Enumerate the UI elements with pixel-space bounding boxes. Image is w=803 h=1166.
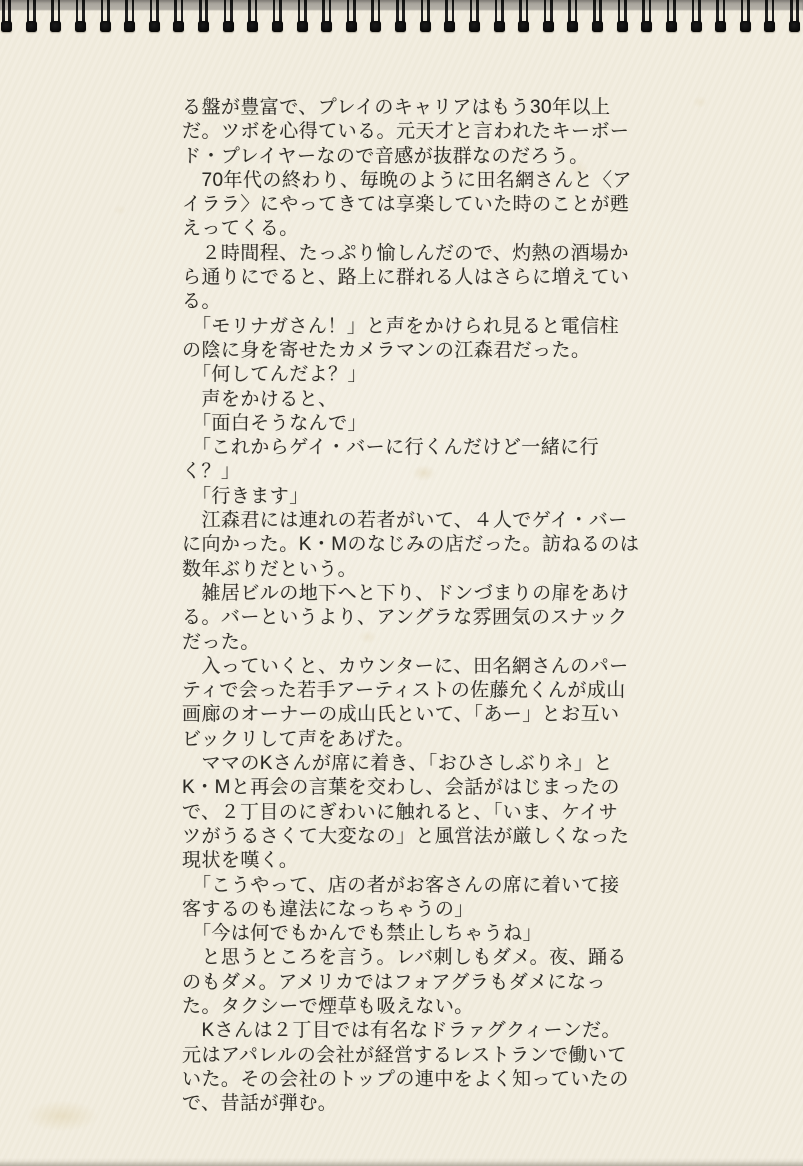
text-line: ビックリして声をあげた。 — [182, 728, 622, 752]
text-line: ティで会った若手アーティストの佐藤允くんが成山 — [182, 679, 622, 703]
binding-ring — [740, 0, 751, 32]
text-line: に向かった。K・Mのなじみの店だった。訪ねるのは — [182, 533, 622, 557]
binding-ring — [617, 0, 628, 32]
text-line: ら通りにでると、路上に群れる人はさらに増えてい — [182, 266, 622, 290]
binding-ring — [691, 0, 702, 32]
binding-ring — [395, 0, 406, 32]
text-line: 「何してんだよ？」 — [182, 363, 622, 387]
text-line: ママのKさんが席に着き、「おひさしぶりネ」と — [182, 752, 622, 776]
binding-rings — [1, 0, 800, 34]
text-line: で、昔話が弾む。 — [182, 1092, 622, 1116]
binding-hole — [1, 21, 12, 32]
text-line: 「こうやって、店の者がお客さんの席に着いて接 — [182, 874, 622, 898]
text-line: のもダメ。アメリカではフォアグラもダメになっ — [182, 971, 622, 995]
text-line: 入っていくと、カウンターに、田名網さんのパー — [182, 655, 622, 679]
text-line: だ。ツボを心得ている。元天才と言われたキーボー — [182, 120, 622, 144]
text-line: 「これからゲイ・バーに行くんだけど一緒に行 — [182, 436, 622, 460]
text-line: る。バーというより、アングラな雰囲気のスナック — [182, 606, 622, 630]
text-line: 70年代の終わり、毎晩のように田名網さんと〈ア — [182, 169, 622, 193]
binding-hole — [26, 21, 37, 32]
binding-hole — [75, 21, 86, 32]
text-line: 「モリナガさん！」と声をかけられ見ると電信柱 — [182, 315, 622, 339]
binding-ring — [198, 0, 209, 32]
text-line: 声をかけると、 — [182, 388, 622, 412]
text-line: 元はアパレルの会社が経営するレストランで働いて — [182, 1044, 622, 1068]
text-line: く？」 — [182, 460, 622, 484]
text-line: ツがうるさくて大変なの」と風営法が厳しくなった — [182, 825, 622, 849]
binding-hole — [764, 21, 775, 32]
text-line: 「行きます」 — [182, 485, 622, 509]
binding-ring — [26, 0, 37, 32]
text-line: ド・プレイヤーなので音感が抜群なのだろう。 — [182, 145, 622, 169]
binding-hole — [370, 21, 381, 32]
binding-hole — [789, 21, 800, 32]
text-line: た。タクシーで煙草も吸えない。 — [182, 995, 622, 1019]
text-line: る盤が豊富で、プレイのキャリアはもう30年以上 — [182, 96, 622, 120]
page-text: る盤が豊富で、プレイのキャリアはもう30年以上だ。ツボを心得ている。元天才と言わ… — [182, 96, 622, 1116]
binding-hole — [617, 21, 628, 32]
binding-ring — [420, 0, 431, 32]
text-line: だった。 — [182, 631, 622, 655]
text-line: 画廊のオーナーの成山氏といて、「あー」とお互い — [182, 703, 622, 727]
binding-hole — [420, 21, 431, 32]
text-line: ２時間程、たっぷり愉しんだので、灼熱の酒場か — [182, 242, 622, 266]
text-line: と思うところを言う。レバ刺しもダメ。夜、踊る — [182, 946, 622, 970]
binding-hole — [198, 21, 209, 32]
binding-hole — [149, 21, 160, 32]
text-line: 現状を嘆く。 — [182, 849, 622, 873]
binding-ring — [346, 0, 357, 32]
binding-ring — [297, 0, 308, 32]
text-line: 「今は何でもかんでも禁止しちゃうね」 — [182, 922, 622, 946]
binding-ring — [50, 0, 61, 32]
text-line: Kさんは２丁目では有名なドラァグクィーンだ。 — [182, 1019, 622, 1043]
binding-ring — [272, 0, 283, 32]
binding-ring — [149, 0, 160, 32]
binding-hole — [124, 21, 135, 32]
binding-ring — [321, 0, 332, 32]
text-line: 数年ぶりだという。 — [182, 558, 622, 582]
binding-hole — [223, 21, 234, 32]
text-line: K・Mと再会の言葉を交わし、会話がはじまったの — [182, 776, 622, 800]
binding-hole — [346, 21, 357, 32]
binding-ring — [567, 0, 578, 32]
binding-ring — [223, 0, 234, 32]
binding-hole — [469, 21, 480, 32]
text-line: いた。その会社のトップの連中をよく知っていたの — [182, 1068, 622, 1092]
binding-hole — [444, 21, 455, 32]
text-line: の陰に身を寄せたカメラマンの江森君だった。 — [182, 339, 622, 363]
binding-hole — [247, 21, 258, 32]
text-line: えってくる。 — [182, 217, 622, 241]
binding-hole — [691, 21, 702, 32]
binding-ring — [666, 0, 677, 32]
binding-hole — [518, 21, 529, 32]
binding-hole — [715, 21, 726, 32]
binding-ring — [1, 0, 12, 32]
text-line: る。 — [182, 290, 622, 314]
binding-ring — [469, 0, 480, 32]
binding-hole — [666, 21, 677, 32]
text-line: 客するのも違法になっちゃうの」 — [182, 898, 622, 922]
binding-hole — [567, 21, 578, 32]
binding-hole — [395, 21, 406, 32]
text-line: イララ〉にやってきては享楽していた時のことが甦 — [182, 193, 622, 217]
binding-ring — [789, 0, 800, 32]
binding-hole — [592, 21, 603, 32]
binding-hole — [100, 21, 111, 32]
text-line: 江森君には連れの若者がいて、４人でゲイ・バー — [182, 509, 622, 533]
binding-hole — [297, 21, 308, 32]
binding-ring — [173, 0, 184, 32]
binding-hole — [494, 21, 505, 32]
binding-hole — [272, 21, 283, 32]
binding-ring — [444, 0, 455, 32]
binding-hole — [740, 21, 751, 32]
binding-ring — [518, 0, 529, 32]
binding-ring — [370, 0, 381, 32]
binding-ring — [100, 0, 111, 32]
binding-hole — [50, 21, 61, 32]
binding-ring — [764, 0, 775, 32]
notebook-page: る盤が豊富で、プレイのキャリアはもう30年以上だ。ツボを心得ている。元天才と言わ… — [0, 0, 803, 1166]
binding-hole — [173, 21, 184, 32]
binding-hole — [321, 21, 332, 32]
text-line: で、２丁目のにぎわいに触れると、「いま、ケイサ — [182, 801, 622, 825]
binding-hole — [543, 21, 554, 32]
binding-ring — [494, 0, 505, 32]
binding-ring — [641, 0, 652, 32]
text-line: 「面白そうなんで」 — [182, 412, 622, 436]
binding-hole — [641, 21, 652, 32]
binding-ring — [592, 0, 603, 32]
binding-ring — [715, 0, 726, 32]
binding-ring — [247, 0, 258, 32]
binding-ring — [124, 0, 135, 32]
text-line: 雑居ビルの地下へと下り、ドンづまりの扉をあけ — [182, 582, 622, 606]
page-bottom-shadow — [0, 1161, 803, 1166]
binding-ring — [75, 0, 86, 32]
binding-ring — [543, 0, 554, 32]
